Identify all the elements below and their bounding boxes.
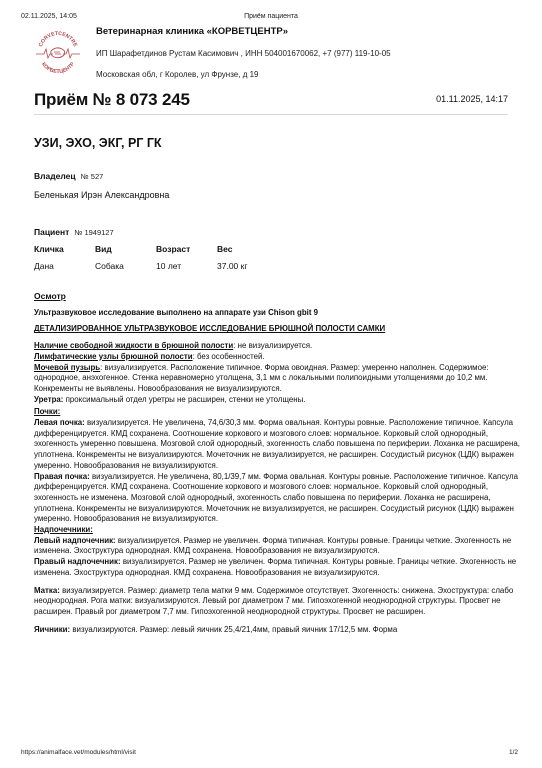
visit-datetime: 01.11.2025, 14:17 [436,94,508,104]
clinic-name: Ветеринарная клиника «КОРВЕТЦЕНТР» [96,25,391,38]
bladder-row: Мочевой пузырь: визуализируется. Располо… [34,363,520,395]
visit-title: Приём № 8 073 245 [34,90,190,110]
ovaries-row: Яичники: визуализируются. Размер: левый … [34,625,520,636]
print-header: 02.11.2025, 14:05 Приём пациента [21,13,521,25]
owner-label: Владелец [34,171,76,181]
free-fluid-label: Наличие свободной жидкости в брюшной пол… [34,341,233,350]
patient-weight: 37.00 кг [217,261,297,271]
svg-text:CORVETCENTRE: CORVETCENTRE [38,31,78,48]
left-adrenal-label: Левый надпочечник: [34,536,116,545]
patient-name: Дана [34,261,95,271]
right-kidney-label: Правая почка: [34,472,90,481]
kidneys-heading: Почки: [34,407,520,418]
right-adrenal-row: Правый надпочечник: визуализируется. Раз… [34,557,520,578]
urethra-label: Уретра: [34,395,63,404]
page-number: 1/2 [509,749,518,756]
uterus-label: Матка: [34,586,60,595]
lymph-nodes-label: Лимфатические узлы брюшной полости [34,352,193,361]
bladder-label: Мочевой пузырь [34,363,100,372]
adrenals-heading-text: Надпочечники: [34,525,93,534]
lymph-nodes-text: : без особенностей. [193,352,265,361]
visit-header: Приём № 8 073 245 01.11.2025, 14:17 [34,90,508,115]
left-kidney-label: Левая почка: [34,418,85,427]
adrenals-heading: Надпочечники: [34,525,520,536]
patient-species: Собака [95,261,156,271]
ovaries-label: Яичники: [34,625,70,634]
free-fluid-row: Наличие свободной жидкости в брюшной пол… [34,341,520,352]
print-title: Приём пациента [21,13,521,20]
page-url: https://animalface.vet/modules/html/visi… [21,749,136,756]
free-fluid-text: : не визуализируется. [233,341,312,350]
bladder-text: : визуализируется. Расположение типичное… [34,363,489,393]
urethra-text: проксимальный отдел уретры не расширен, … [63,395,305,404]
patient-number: № 1949127 [74,228,113,237]
uterus-row: Матка: визуализируется. Размер: диаметр … [34,586,520,618]
clinic-details: ИП Шарафетдинов Рустам Касимович , ИНН 5… [96,48,391,59]
logo-bottom-text: КОРВЕТЦЕНТР [40,61,76,75]
patient-col-age: Возраст [156,244,217,261]
study-title: ДЕТАЛИЗИРОВАННОЕ УЛЬТРАЗВУКОВОЕ ИССЛЕДОВ… [34,324,520,335]
ovaries-text: визуализируются. Размер: левый яичник 25… [70,625,397,634]
patient-label: Пациент [34,227,69,237]
patient-col-name: Кличка [34,244,95,261]
handshake-ecg-icon: CORVETCENTRE КОРВЕТЦЕНТР [33,27,83,77]
service-list: УЗИ, ЭХО, ЭКГ, РГ ГК [34,136,162,150]
patient-section: Пациент№ 1949127 Кличка Вид Возраст Вес … [34,222,297,271]
clinic-address: Московская обл, г Королев, ул Фрунзе, д … [96,69,391,80]
device-line: Ультразвуковое исследование выполнено на… [34,308,520,319]
logo-top-text: CORVETCENTRE [38,31,78,48]
exam-section: Осмотр Ультразвуковое исследование выпол… [34,291,520,635]
exam-title: Осмотр [34,291,520,302]
owner-number: № 527 [81,172,104,181]
right-kidney-text: визуализируется. Не увеличена, 80,1/39,7… [34,472,518,524]
patient-col-species: Вид [95,244,156,261]
urethra-row: Уретра: проксимальный отдел уретры не ра… [34,395,520,406]
uterus-text: визуализируется. Размер: диаметр тела ма… [34,586,513,616]
patient-table: Кличка Вид Возраст Вес Дана Собака 10 ле… [34,244,297,271]
right-kidney-row: Правая почка: визуализируется. Не увелич… [34,472,520,526]
left-adrenal-row: Левый надпочечник: визуализируется. Разм… [34,536,520,557]
owner-section: Владелец№ 527 Беленькая Ирэн Александров… [34,166,169,200]
right-adrenal-label: Правый надпочечник: [34,557,121,566]
svg-text:КОРВЕТЦЕНТР: КОРВЕТЦЕНТР [40,61,76,75]
left-kidney-text: визуализируется. Не увеличена, 74,6/30,3… [34,418,520,470]
clinic-header: CORVETCENTRE КОРВЕТЦЕНТР Ветеринарная кл… [33,25,521,83]
patient-age: 10 лет [156,261,217,271]
left-kidney-row: Левая почка: визуализируется. Не увеличе… [34,418,520,472]
clinic-logo: CORVETCENTRE КОРВЕТЦЕНТР [33,27,83,77]
lymph-nodes-row: Лимфатические узлы брюшной полости: без … [34,352,520,363]
owner-name: Беленькая Ирэн Александровна [34,190,169,200]
kidneys-heading-text: Почки: [34,407,60,416]
patient-col-weight: Вес [217,244,297,261]
